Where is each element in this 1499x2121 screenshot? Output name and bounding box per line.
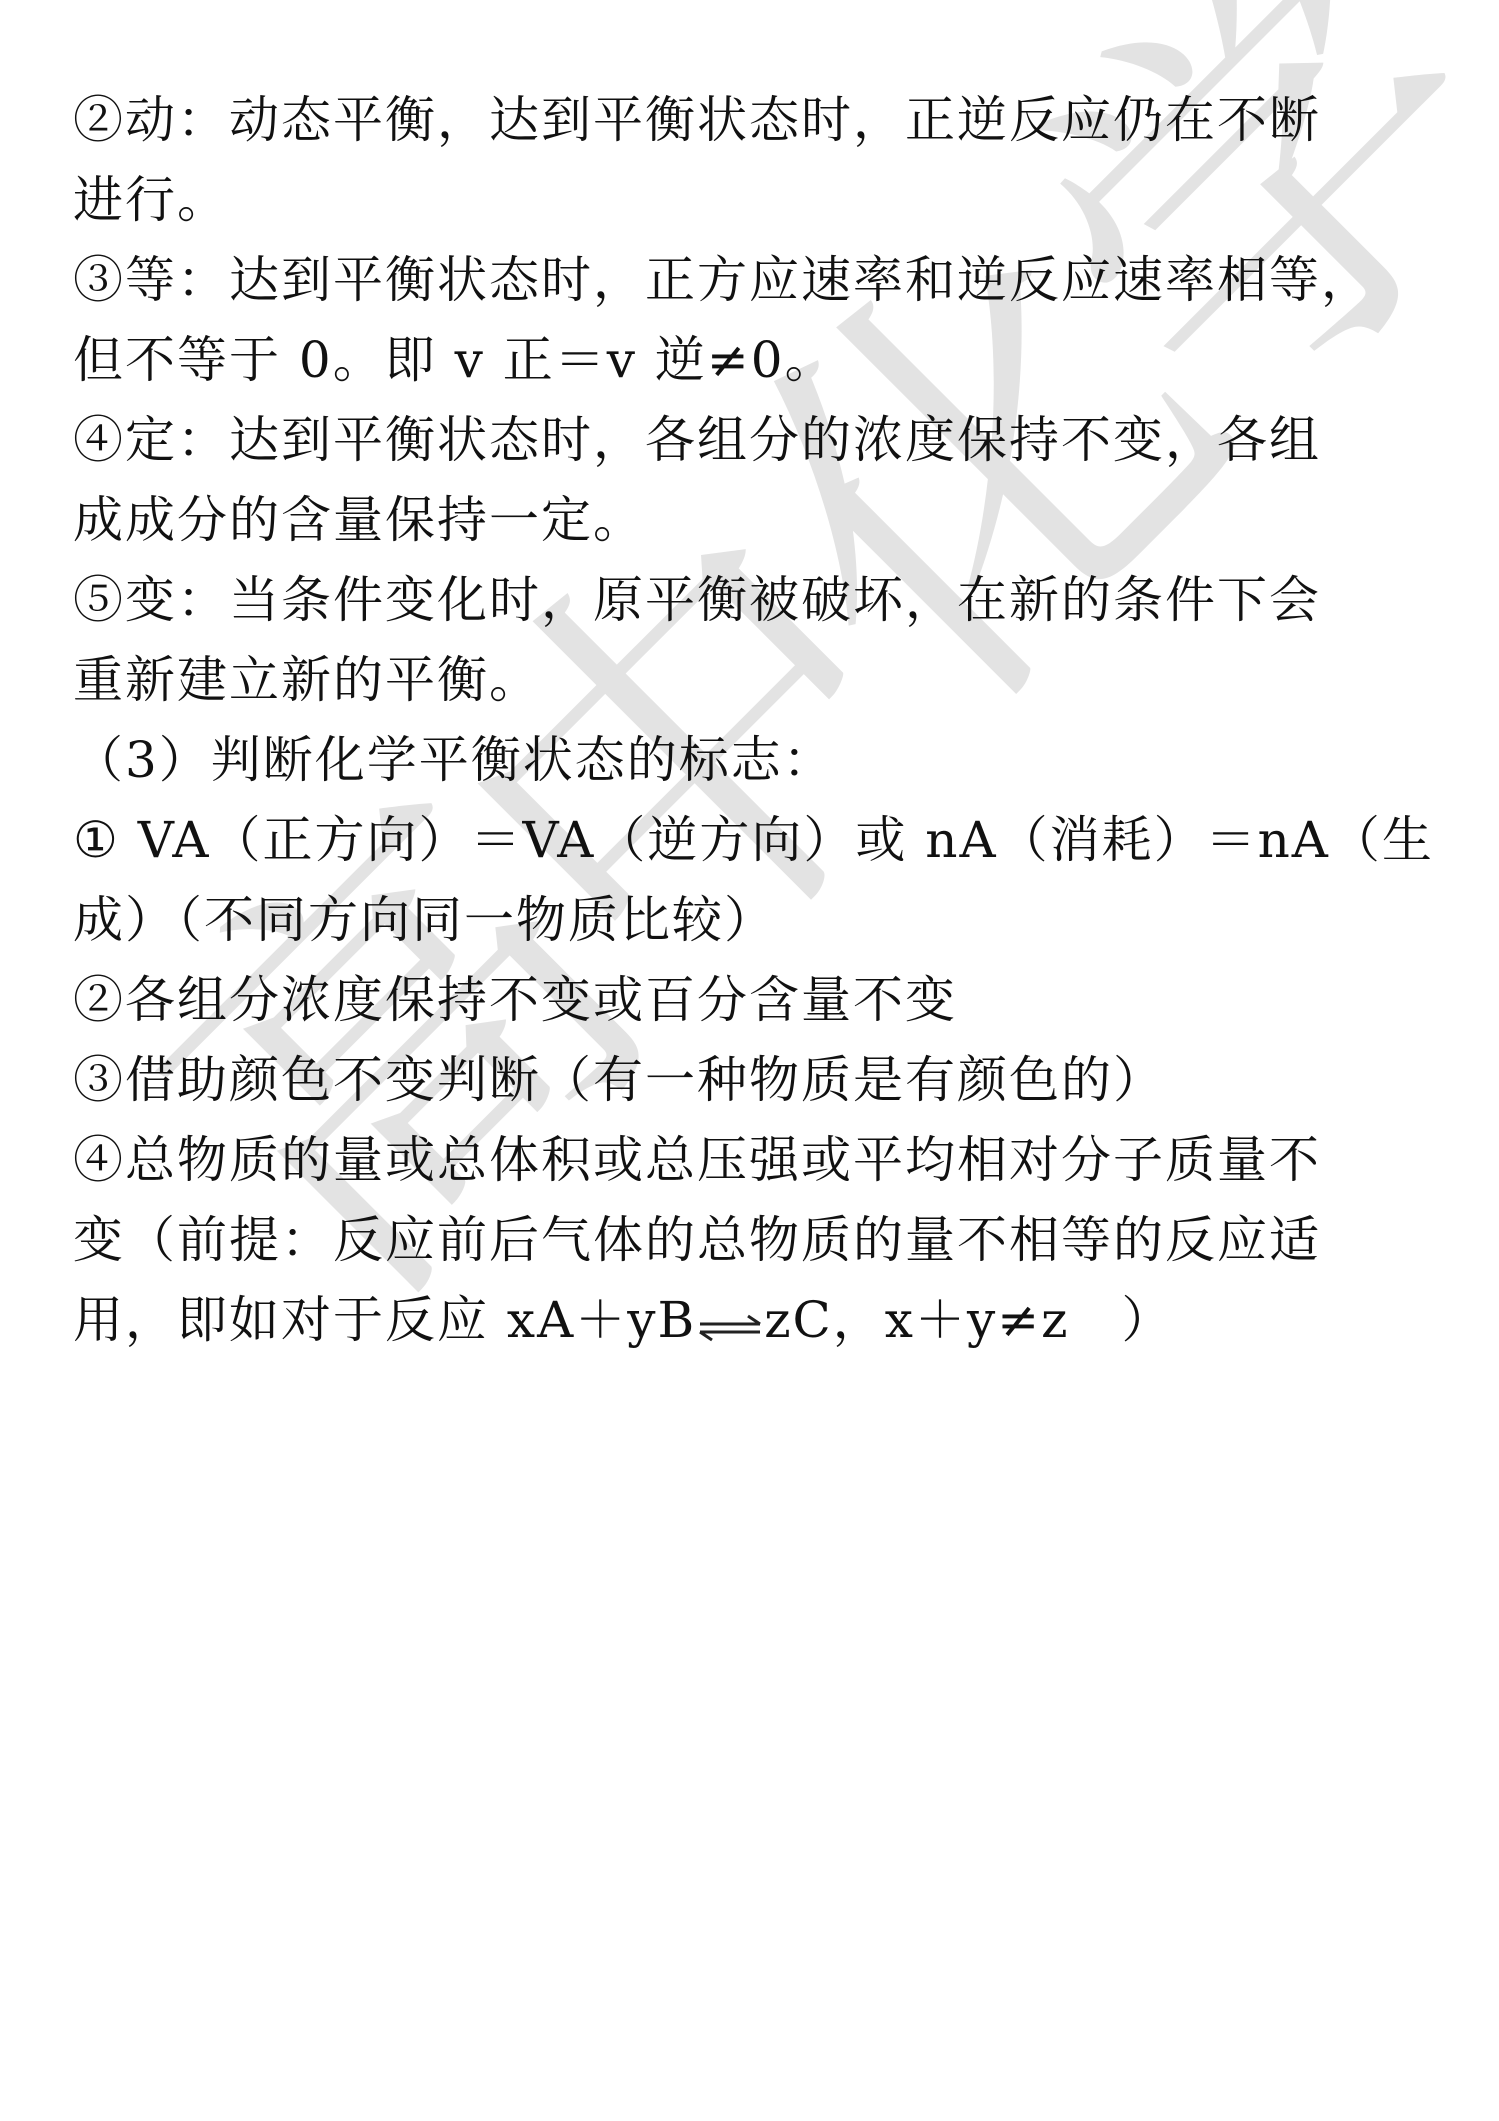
text-line: ③借助颜色不变判断（有一种物质是有颜色的）	[73, 1040, 1433, 1120]
text-line: 成）（不同方向同一物质比较）	[73, 880, 1433, 960]
equation-left: 用，即如对于反应 xA＋yB	[73, 1291, 696, 1349]
text-line: ① VA（正方向）＝VA（逆方向）或 nA（消耗）＝nA（生	[73, 800, 1433, 880]
text-line: 重新建立新的平衡。	[73, 640, 1433, 720]
text-line: ③等：达到平衡状态时，正方应速率和逆反应速率相等，	[73, 240, 1433, 320]
text-line: 变（前提：反应前后气体的总物质的量不相等的反应适	[73, 1200, 1433, 1280]
text-line: ④定：达到平衡状态时，各组分的浓度保持不变，各组	[73, 400, 1433, 480]
text-line: ②动：动态平衡，达到平衡状态时，正逆反应仍在不断	[73, 80, 1433, 160]
equation-right: zC，x＋y≠z ）	[764, 1291, 1173, 1349]
section-heading: （3）判断化学平衡状态的标志：	[73, 720, 1433, 800]
document-body: ②动：动态平衡，达到平衡状态时，正逆反应仍在不断 进行。 ③等：达到平衡状态时，…	[73, 80, 1433, 1360]
equilibrium-arrow-icon	[696, 1295, 764, 1345]
text-line: 进行。	[73, 160, 1433, 240]
text-line: ⑤变：当条件变化时，原平衡被破坏，在新的条件下会	[73, 560, 1433, 640]
text-line: ②各组分浓度保持不变或百分含量不变	[73, 960, 1433, 1040]
text-line: ④总物质的量或总体积或总压强或平均相对分子质量不	[73, 1120, 1433, 1200]
text-line: 但不等于 0。即 v 正＝v 逆≠0。	[73, 320, 1433, 400]
text-line-equation: 用，即如对于反应 xA＋yB zC，x＋y≠z ）	[73, 1280, 1433, 1360]
text-line: 成成分的含量保持一定。	[73, 480, 1433, 560]
